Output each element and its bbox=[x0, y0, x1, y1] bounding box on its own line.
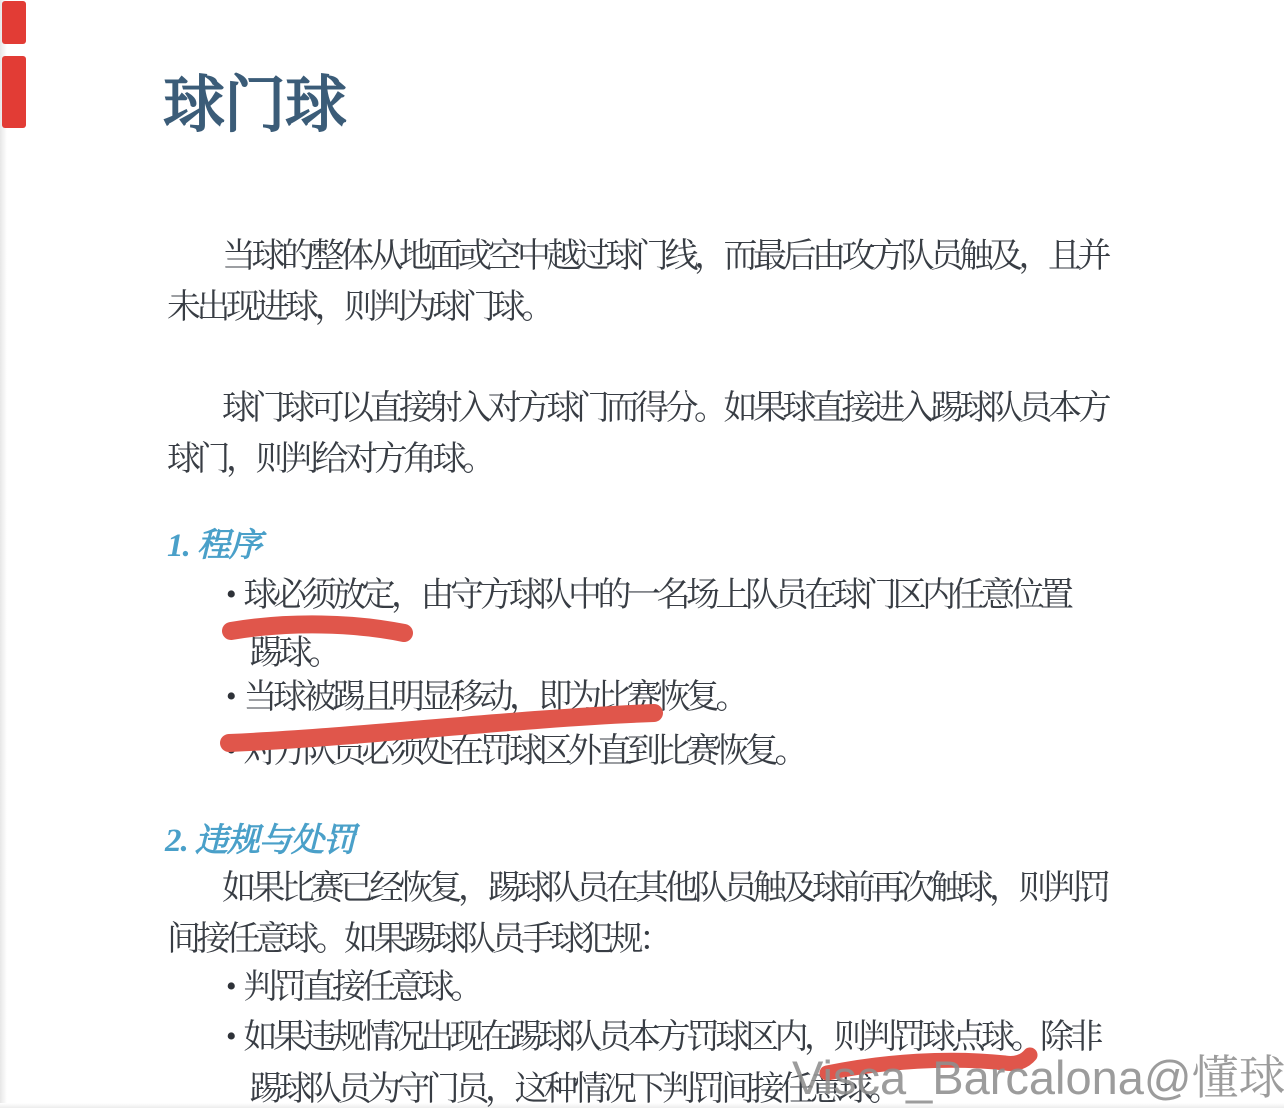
bullet-marker-icon: • bbox=[226, 735, 237, 767]
bullet-marker-icon: • bbox=[226, 681, 237, 713]
page-left-edge-shadow bbox=[0, 0, 7, 1108]
section1-bullet3: •对方队员必须处在罚球区外直到比赛恢复。 bbox=[226, 734, 804, 771]
section1-bullet1-line1: •球必须放定，由守方球队中的一名场上队员在球门区内任意位置 bbox=[226, 578, 1070, 615]
bullet-marker-icon: • bbox=[226, 579, 237, 611]
page-title: 球门球 bbox=[163, 55, 346, 144]
section2-bullet1: •判罚直接任意球。 bbox=[226, 970, 480, 1007]
intro-p2-line2: 球门，则判给对方角球。 bbox=[167, 442, 492, 479]
bullet-text: 对方队员必须处在罚球区外直到比赛恢复。 bbox=[244, 733, 805, 770]
bullet-marker-icon: • bbox=[226, 1021, 237, 1053]
section1-bullet1-line2: 踢球。 bbox=[249, 636, 338, 673]
watermark: Visca_Barcalona@懂球帝 bbox=[792, 1053, 1284, 1102]
section1-heading: 1. 程序 bbox=[167, 529, 261, 564]
red-underline-stroke-1 bbox=[231, 624, 404, 633]
section2-intro-line2: 间接任意球。如果踢球队员手球犯规： bbox=[167, 922, 669, 959]
intro-p1-line2: 未出现进球，则判为球门球。 bbox=[167, 290, 551, 327]
bullet-text: 球必须放定，由守方球队中的一名场上队员在球门区内任意位置 bbox=[244, 577, 1070, 614]
intro-p1-line1: 当球的整体从地面或空中越过球门线，而最后由攻方队员触及，且并 bbox=[222, 239, 1107, 276]
intro-p2-line1: 球门球可以直接射入对方球门而得分。如果球直接进入踢球队员本方 bbox=[222, 391, 1107, 428]
bullet-marker-icon: • bbox=[226, 971, 237, 1003]
bullet-text: 当球被踢且明显移动，即为比赛恢复。 bbox=[244, 679, 746, 716]
document-page: 球门球 当球的整体从地面或空中越过球门线，而最后由攻方队员触及，且并 未出现进球… bbox=[0, 0, 1284, 1108]
section1-bullet2: •当球被踢且明显移动，即为比赛恢复。 bbox=[226, 680, 745, 717]
section2-heading: 2. 违规与处罚 bbox=[165, 824, 355, 859]
section2-intro-line1: 如果比赛已经恢复，踢球队员在其他队员触及球前再次触球，则判罚 bbox=[222, 871, 1107, 908]
bullet-text: 判罚直接任意球。 bbox=[244, 969, 480, 1006]
